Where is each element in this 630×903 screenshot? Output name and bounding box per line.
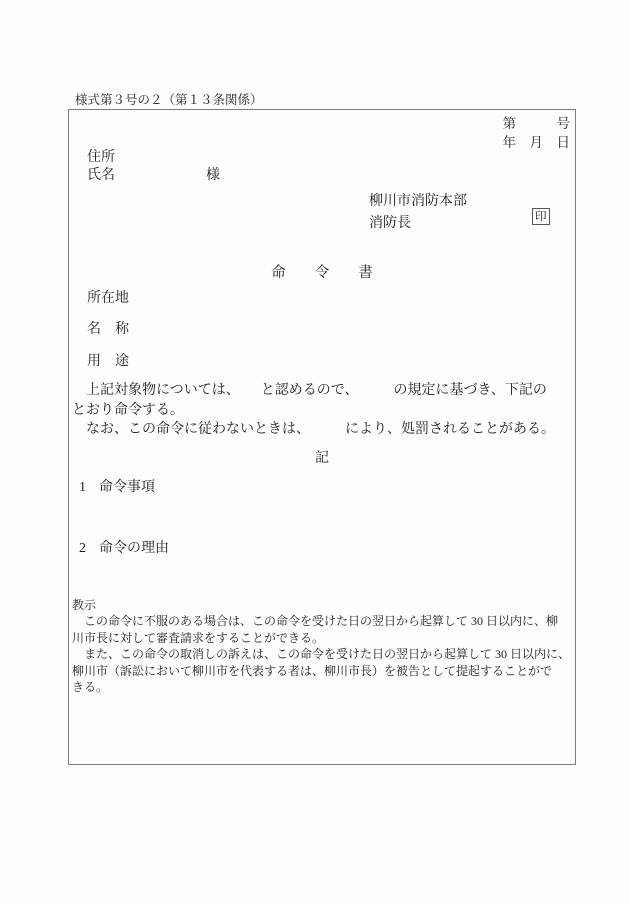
document-number-field: 第 号	[503, 112, 571, 132]
kyoji-line: また、この命令の取消しの訴えは、この命令を受けた日の翌日から起算して 30 日以…	[72, 646, 570, 662]
date-field: 年 月 日	[503, 131, 571, 151]
order-item-number: 1	[79, 480, 86, 496]
kyoji-line: 川市長に対して審査請求をすることができる。	[72, 630, 570, 646]
order-paragraph: 上記対象物については、 と認めるので、 の規定に基づき、下記の とおり命令する。…	[72, 381, 555, 440]
issuer-organization: 柳川市消防本部	[369, 190, 467, 210]
building-name-label: 名 称	[87, 318, 129, 338]
recipient-address-label: 住所	[87, 146, 115, 166]
kyoji-line: 柳川市（訴訟において柳川市を代表する者は、柳川市長）を被告として提起することがで	[72, 663, 570, 679]
issuer-title: 消防長	[369, 212, 411, 232]
order-item-number: 2	[79, 541, 86, 557]
order-item-1: 1命令事項	[79, 476, 155, 496]
location-label: 所在地	[87, 287, 129, 307]
ki-marker: 記	[69, 447, 575, 467]
kyoji-section: 教示 この命令に不服のある場合は、この命令を受けた日の翌日から起算して 30 日…	[72, 597, 570, 695]
order-item-2: 2命令の理由	[79, 537, 169, 557]
recipient-name-label: 氏名	[87, 168, 115, 183]
honorific-label: 様	[206, 164, 220, 184]
order-form-box: 第 号 年 月 日 住所 氏名様 柳川市消防本部 消防長 印 命 令 書 所在地…	[68, 109, 576, 765]
order-item-label: 命令事項	[99, 480, 155, 495]
document-title: 命 令 書	[69, 261, 575, 282]
inkan-seal: 印	[532, 208, 550, 225]
document-page: 様式第３号の２（第１３条関係） 第 号 年 月 日 住所 氏名様 柳川市消防本部…	[0, 0, 630, 903]
kyoji-line: この命令に不服のある場合は、この命令を受けた日の翌日から起算して 30 日以内に…	[72, 613, 570, 629]
order-paragraph-line: なお、この命令に従わないときは、 により、処罰されることがある。	[72, 420, 555, 440]
order-paragraph-line: とおり命令する。	[72, 401, 555, 421]
building-use-label: 用 途	[87, 350, 129, 370]
kyoji-heading: 教示	[72, 597, 570, 613]
order-paragraph-line: 上記対象物については、 と認めるので、 の規定に基づき、下記の	[72, 381, 555, 401]
recipient-name-line: 氏名様	[87, 164, 220, 184]
order-item-label: 命令の理由	[99, 541, 169, 556]
kyoji-line: きる。	[72, 679, 570, 695]
form-number-label: 様式第３号の２（第１３条関係）	[75, 93, 263, 107]
